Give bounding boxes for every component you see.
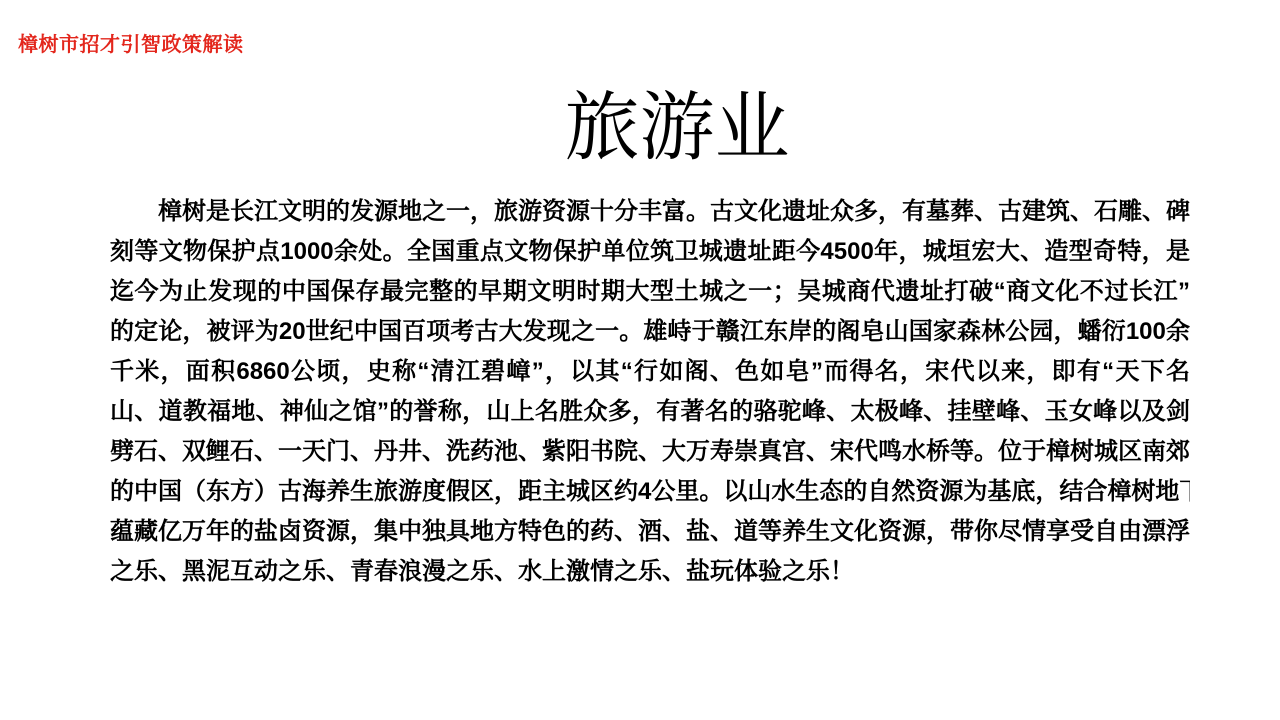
body-line: 千米，面积6860公顷，史称“清江碧嶂”，以其“行如阁、色如皂”而得名，宋代以来… (110, 352, 1190, 392)
body-line: 的中国（东方）古海养生旅游度假区，距主城区约4公里。以山水生态的自然资源为基底，… (110, 472, 1190, 512)
body-line: 蕴藏亿万年的盐卤资源，集中独具地方特色的药、酒、盐、道等养生文化资源，带你尽情享… (110, 512, 1190, 552)
body-line: 樟树是长江文明的发源地之一，旅游资源十分丰富。古文化遗址众多，有墓葬、古建筑、石… (110, 192, 1190, 232)
body-line: 迄今为止发现的中国保存最完整的早期文明时期大型土城之一；吴城商代遗址打破“商文化… (110, 272, 1190, 312)
body-line: 刻等文物保护点1000余处。全国重点文物保护单位筑卫城遗址距今4500年，城垣宏… (110, 232, 1190, 272)
body-line: 之乐、黑泥互动之乐、青春浪漫之乐、水上激情之乐、盐玩体验之乐！ (110, 552, 1190, 592)
body-line: 山、道教福地、神仙之馆”的誉称，山上名胜众多，有著名的骆驼峰、太极峰、挂壁峰、玉… (110, 392, 1190, 432)
body-line: 劈石、双鲤石、一天门、丹井、洗药池、紫阳书院、大万寿崇真宫、宋代鸣水桥等。位于樟… (110, 432, 1190, 472)
body-line: 的定论，被评为20世纪中国百项考古大发现之一。雄峙于赣江东岸的阁皂山国家森林公园… (110, 312, 1190, 352)
body-paragraph: 樟树是长江文明的发源地之一，旅游资源十分丰富。古文化遗址众多，有墓葬、古建筑、石… (110, 192, 1190, 592)
page-title: 旅游业 (0, 82, 1280, 172)
presentation-slide: 樟树市招才引智政策解读 旅游业 樟树是长江文明的发源地之一，旅游资源十分丰富。古… (0, 0, 1280, 720)
slide-header-label: 樟树市招才引智政策解读 (18, 28, 244, 57)
